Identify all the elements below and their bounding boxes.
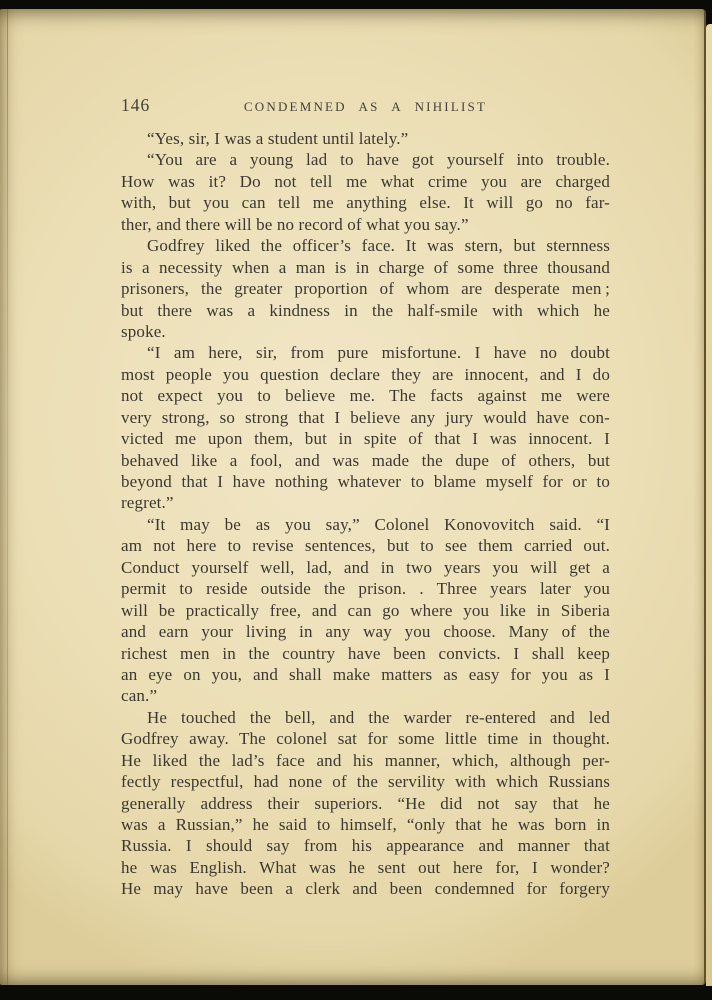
text-line: with, but you can tell me anything else.…	[121, 192, 610, 213]
paragraph: He touched the bell, and the warder re-e…	[121, 707, 610, 900]
text-line: not expect you to believe me. The facts …	[121, 385, 610, 406]
text-line: ther, and there will be no record of wha…	[121, 214, 610, 235]
text-line: prisoners, the greater proportion of who…	[121, 278, 610, 299]
text-line: Godfrey away. The colonel sat for some l…	[121, 728, 610, 749]
text-line: but there was a kindness in the half-smi…	[121, 300, 610, 321]
book-scan: 146 CONDEMNED AS A NIHILIST “Yes, sir, I…	[0, 0, 712, 1000]
text-line: am not here to revise sentences, but to …	[121, 535, 610, 556]
text-line: most people you question declare they ar…	[121, 364, 610, 385]
text-line: behaved like a fool, and was made the du…	[121, 450, 610, 471]
gutter-crease	[7, 9, 8, 985]
text-line: beyond that I have nothing whatever to b…	[121, 471, 610, 492]
paragraph: “You are a young lad to have got yoursel…	[121, 149, 610, 235]
text-line: “You are a young lad to have got yoursel…	[121, 149, 610, 170]
page-header: 146 CONDEMNED AS A NIHILIST	[121, 95, 610, 117]
text-line: How was it? Do not tell me what crime yo…	[121, 171, 610, 192]
text-line: he was English. What was he sent out her…	[121, 857, 610, 878]
text-line: “Yes, sir, I was a student until lately.…	[121, 128, 610, 149]
text-line: “I am here, sir, from pure misfortune. I…	[121, 342, 610, 363]
text-line: victed me upon them, but in spite of tha…	[121, 428, 610, 449]
text-line: is a necessity when a man is in charge o…	[121, 257, 610, 278]
paragraph: “I am here, sir, from pure misfortune. I…	[121, 342, 610, 514]
paragraph: Godfrey liked the officer’s face. It was…	[121, 235, 610, 342]
text-line: Conduct yourself well, lad, and in two y…	[121, 557, 610, 578]
text-line: regret.”	[121, 492, 610, 513]
page-edge-strip	[706, 24, 712, 986]
text-line: Godfrey liked the officer’s face. It was…	[121, 235, 610, 256]
text-line: “It may be as you say,” Colonel Konovovi…	[121, 514, 610, 535]
text-line: He may have been a clerk and been condem…	[121, 878, 610, 899]
text-line: and earn your living in any way you choo…	[121, 621, 610, 642]
page-text: “Yes, sir, I was a student until lately.…	[121, 128, 610, 900]
paragraph: “It may be as you say,” Colonel Konovovi…	[121, 514, 610, 707]
text-line: He touched the bell, and the warder re-e…	[121, 707, 610, 728]
running-header: CONDEMNED AS A NIHILIST	[121, 99, 610, 115]
text-line: permit to reside outside the prison. . T…	[121, 578, 610, 599]
text-line: Russia. I should say from his appearance…	[121, 835, 610, 856]
text-line: richest men in the country have been con…	[121, 643, 610, 664]
text-line: spoke.	[121, 321, 610, 342]
text-line: generally address their superiors. “He d…	[121, 793, 610, 814]
text-line: He liked the lad’s face and his manner, …	[121, 750, 610, 771]
text-line: can.”	[121, 685, 610, 706]
text-line: an eye on you, and shall make matters as…	[121, 664, 610, 685]
text-line: fectly respectful, had none of the servi…	[121, 771, 610, 792]
text-line: was a Russian,” he said to himself, “onl…	[121, 814, 610, 835]
text-line: will be practically free, and can go whe…	[121, 600, 610, 621]
book-page: 146 CONDEMNED AS A NIHILIST “Yes, sir, I…	[0, 9, 706, 985]
paragraph: “Yes, sir, I was a student until lately.…	[121, 128, 610, 149]
text-line: very strong, so strong that I believe an…	[121, 407, 610, 428]
